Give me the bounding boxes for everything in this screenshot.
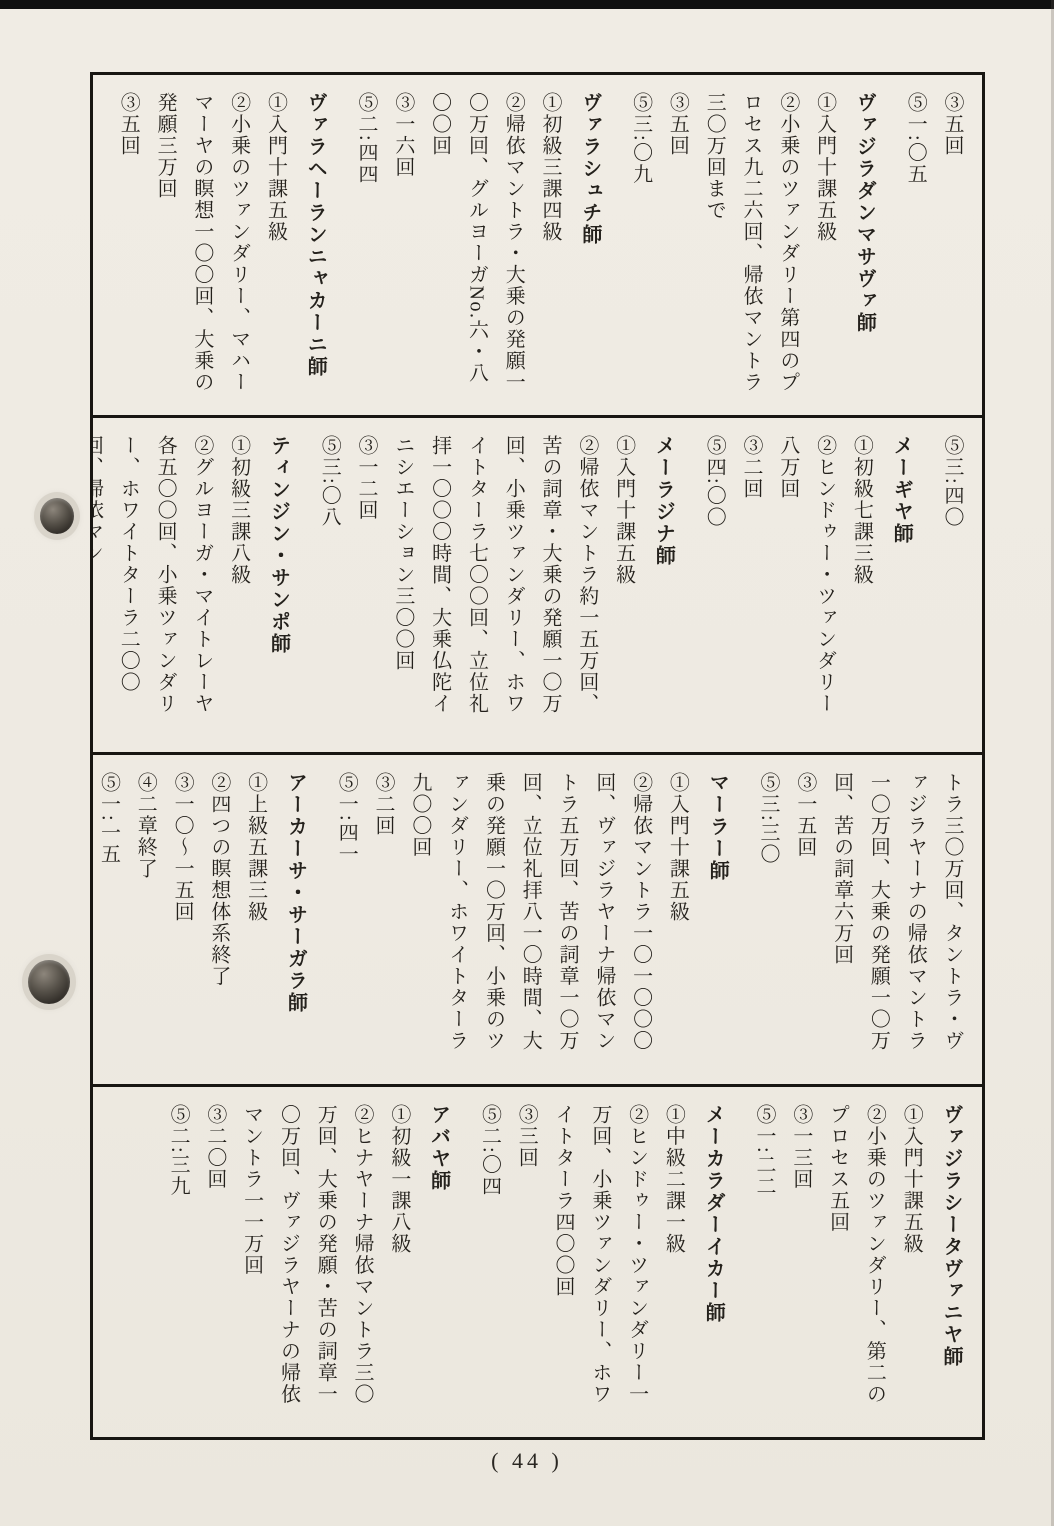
entry-line: ④二章終了 (126, 772, 163, 1064)
entry-line: ⑤二:〇四 (471, 1104, 508, 1417)
entry-line: ③三回 (507, 1104, 544, 1417)
entry-line: ⑤一:二二 (745, 1104, 782, 1417)
entry-line: ②帰依マントラ一〇一〇〇〇回、ヴァジラヤーナ帰依マントラ五万回、苦の詞章一〇万回… (401, 772, 659, 1064)
table-border-box: ③五回⑤一:〇五ヴァジラダンマサヴァ師①入門十課五級②小乗のツァンダリー第四のプ… (90, 72, 985, 1440)
entry-line: ①入門十課五級 (892, 1104, 929, 1417)
entry-line: ②ヒンドゥー・ツァンダリー一万回、小乗ツァンダリー、ホワイトターラ四〇〇回 (544, 1104, 654, 1417)
teacher-name: メーラジナ師 (646, 435, 683, 732)
entry-line: ①初級一課八級 (380, 1104, 417, 1417)
entry-line: ①入門十課五級 (257, 92, 294, 395)
teacher-name: ティンジン・サンポ師 (261, 435, 298, 732)
entry-line: ①入門十課五級 (605, 435, 642, 732)
entry-line: ②小乗のツァンダリー、マハーマーヤの瞑想一〇〇回、大乗の発願三万回 (146, 92, 256, 395)
entry-line: ⑤一:〇五 (896, 92, 933, 395)
section-4: ヴァジラシータヴァニヤ師①入門十課五級②小乗のツァンダリー、第二のプロセス五回③… (93, 1087, 982, 1437)
entry-line: ①初級七課三級 (843, 435, 880, 732)
entry-line: ①初級三課八級 (220, 435, 257, 732)
entry-line: ①中級二課一級 (655, 1104, 692, 1417)
entry-line: ⑤二:四四 (347, 92, 384, 395)
entry-line: ③一五回 (786, 772, 823, 1064)
entry-line: ⑤三:三〇 (749, 772, 786, 1064)
entry-line: ③二回 (364, 772, 401, 1064)
teacher-name: アバヤ師 (421, 1104, 458, 1417)
entry-line: ①初級三課四級 (531, 92, 568, 395)
entry-line: ②四つの瞑想体系終了 (200, 772, 237, 1064)
entry-line: ①入門十課五級 (659, 772, 696, 1064)
entry-line: ③二回 (732, 435, 769, 732)
teacher-name: メーカラダーイカー師 (695, 1104, 732, 1417)
entry-line: ⑤一:一五 (93, 772, 126, 1064)
section-3: トラ三〇万回、タントラ・ヴァジラヤーナの帰依マントラ一〇万回、大乗の発願一〇万回… (93, 755, 982, 1087)
entry-line: ②帰依マントラ約一五万回、苦の詞章・大乗の発願一〇万回、小乗ツァンダリー、ホワイ… (384, 435, 605, 732)
section-1: ③五回⑤一:〇五ヴァジラダンマサヴァ師①入門十課五級②小乗のツァンダリー第四のプ… (93, 75, 982, 418)
scanned-page: ③五回⑤一:〇五ヴァジラダンマサヴァ師①入門十課五級②小乗のツァンダリー第四のプ… (0, 0, 1054, 1526)
entry-line: ⑤三:〇八 (310, 435, 347, 732)
entry-line: ③二〇回 (196, 1104, 233, 1417)
teacher-name: メーギヤ師 (883, 435, 920, 732)
entry-line: ②グルヨーガ・マイトレーヤ各五〇〇回、小乗ツァンダリー、ホワイトターラ二〇〇回、… (93, 435, 220, 732)
entry-line: ③五回 (109, 92, 146, 395)
entry-line: ②小乗のツァンダリー、第二のプロセス五回 (819, 1104, 893, 1417)
teacher-name: アーカーサ・サーガラ師 (278, 772, 315, 1064)
teacher-name: ヴァジラダンマサヴァ師 (847, 92, 884, 395)
entry-line: ③一〇〜一五回 (163, 772, 200, 1064)
scan-edge-top (0, 0, 1054, 9)
entry-line: ⑤二:三九 (159, 1104, 196, 1417)
entry-line: ⑤四:〇〇 (695, 435, 732, 732)
teacher-name: ヴァラヘーランニャカーニ師 (297, 92, 334, 395)
entry-line: ⑤三:四〇 (933, 435, 970, 732)
entry-line: ②ヒンドゥー・ツァンダリー八万回 (769, 435, 843, 732)
entry-line: ③五回 (933, 92, 970, 395)
entry-line: ①入門十課五級 (806, 92, 843, 395)
continuation-line: トラ三〇万回、タントラ・ヴァジラヤーナの帰依マントラ一〇万回、大乗の発願一〇万回… (823, 772, 970, 1064)
teacher-name: ヴァジラシータヴァニヤ師 (933, 1104, 970, 1417)
hole-punch (28, 960, 70, 1004)
hole-punch (40, 498, 74, 534)
entry-line: ⑤一:四一 (327, 772, 364, 1064)
entry-line: ③一三回 (782, 1104, 819, 1417)
teacher-name: マーラー師 (699, 772, 736, 1064)
entry-line: ⑤三:〇九 (622, 92, 659, 395)
entry-line: ③五回 (659, 92, 696, 395)
entry-line: ②ヒナヤーナ帰依マントラ三〇万回、大乗の発願・苦の詞章一〇万回、ヴァジラヤーナの… (233, 1104, 380, 1417)
entry-line: ②小乗のツァンダリー第四のプロセス九二六回、帰依マントラ三〇万回まで (695, 92, 805, 395)
entry-line: ②帰依マントラ・大乗の発願一〇万回、グルヨーガNo.六・八〇〇回 (421, 92, 531, 395)
entry-line: ③一六回 (384, 92, 421, 395)
entry-line: ①上級五課三級 (237, 772, 274, 1064)
entry-line: ③一二回 (347, 435, 384, 732)
teacher-name: ヴァラシュチ師 (572, 92, 609, 395)
section-2: ⑤三:四〇メーギヤ師①初級七課三級②ヒンドゥー・ツァンダリー八万回③二回⑤四:〇… (93, 418, 982, 755)
page-number: ( 44 ) (0, 1448, 1054, 1474)
